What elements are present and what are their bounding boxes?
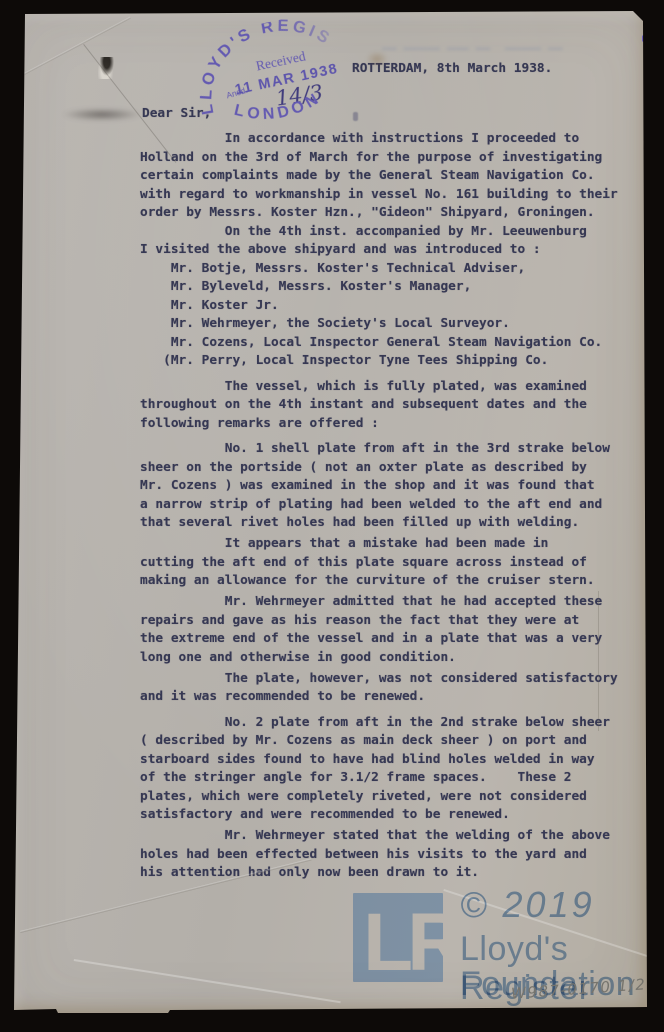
paragraph: It appears that a mistake had been made … bbox=[140, 535, 632, 591]
paper: –– ––––– ––– –– ––––– –– LLOYD'S REGIS bbox=[14, 11, 648, 1014]
ghost-text: –– ––––– ––– –– ––––– –– bbox=[382, 41, 622, 55]
body-line: Mr. Wehrmeyer, the Society's Local Surve… bbox=[140, 315, 632, 334]
body-line: a narrow strip of plating had been welde… bbox=[140, 496, 632, 515]
crease-line bbox=[74, 959, 341, 1003]
body-line: satisfactory and were recommended to be … bbox=[140, 806, 632, 825]
body-line: (Mr. Perry, Local Inspector Tyne Tees Sh… bbox=[140, 352, 632, 371]
body-line: order by Messrs. Koster Hzn., "Gideon" S… bbox=[140, 204, 632, 223]
paragraph: The vessel, which is fully plated, was e… bbox=[140, 378, 632, 434]
crease-line bbox=[24, 17, 131, 75]
body-line: long one and otherwise in good condition… bbox=[140, 649, 632, 668]
salutation: Dear Sir, bbox=[142, 106, 211, 121]
paragraph: On the 4th inst. accompanied by Mr. Leeu… bbox=[140, 223, 632, 260]
body-line: repairs and gave as his reason the fact … bbox=[140, 612, 632, 631]
body-line: ( described by Mr. Cozens as main deck s… bbox=[140, 732, 632, 751]
lr-logo: LR bbox=[353, 893, 443, 982]
body-line: that several rivet holes had been filled… bbox=[140, 514, 632, 533]
paragraph: Mr. Botje, Messrs. Koster's Technical Ad… bbox=[140, 260, 632, 371]
body-line: holes had been effected between his visi… bbox=[140, 846, 632, 865]
paper-tear-artifact bbox=[98, 57, 114, 79]
paragraph: Mr. Wehrmeyer admitted that he had accep… bbox=[140, 593, 632, 667]
body-line: sheer on the portside ( not an oxter pla… bbox=[140, 459, 632, 478]
body-line: following remarks are offered : bbox=[140, 415, 632, 434]
body-line: Holland on the 3rd of March for the purp… bbox=[140, 149, 632, 168]
body-line: The vessel, which is fully plated, was e… bbox=[140, 378, 632, 397]
body-line: starboard sides found to have had blind … bbox=[140, 751, 632, 770]
lr-logo-letters: LR bbox=[353, 893, 443, 982]
body-line: It appears that a mistake had been made … bbox=[140, 535, 632, 554]
body-line: throughout on the 4th instant and subseq… bbox=[140, 396, 632, 415]
body-line: Mr. Byleveld, Messrs. Koster's Manager, bbox=[140, 278, 632, 297]
stamp-graphic: LLOYD'S REGIS Received Ansd. 11 MAR 1938… bbox=[184, 4, 376, 149]
body-line: Mr. Koster Jr. bbox=[140, 297, 632, 316]
body-line: No. 1 shell plate from aft in the 3rd st… bbox=[140, 440, 632, 459]
body-line: Mr. Wehrmeyer stated that the welding of… bbox=[140, 827, 632, 846]
body-line: On the 4th inst. accompanied by Mr. Leeu… bbox=[140, 223, 632, 242]
paragraph: Mr. Wehrmeyer stated that the welding of… bbox=[140, 827, 632, 883]
paragraph: No. 1 shell plate from aft in the 3rd st… bbox=[140, 440, 632, 533]
body-line: In accordance with instructions I procee… bbox=[140, 130, 632, 149]
body-line: making an allowance for the curviture of… bbox=[140, 572, 632, 591]
ink-smudge-artifact bbox=[62, 108, 142, 121]
body-line: Mr. Cozens, Local Inspector General Stea… bbox=[140, 334, 632, 353]
body-line: No. 2 plate from aft in the 2nd strake b… bbox=[140, 714, 632, 733]
paragraph: The plate, however, was not considered s… bbox=[140, 670, 632, 707]
body-line: I visited the above shipyard and was int… bbox=[140, 241, 632, 260]
body-line: plates, which were completely riveted, w… bbox=[140, 788, 632, 807]
typewritten-body: In accordance with instructions I procee… bbox=[140, 130, 632, 883]
body-line: the extreme end of the vessel and in a p… bbox=[140, 630, 632, 649]
body-line: of the stringer angle for 3.1/2 frame sp… bbox=[140, 769, 632, 788]
body-line: his attention had only now been drawn to… bbox=[140, 864, 632, 883]
body-line: cutting the aft end of this plate square… bbox=[140, 554, 632, 573]
body-line: Mr. Wehrmeyer admitted that he had accep… bbox=[140, 593, 632, 612]
body-line: Mr. Botje, Messrs. Koster's Technical Ad… bbox=[140, 260, 632, 279]
body-line: and it was recommended to be renewed. bbox=[140, 688, 632, 707]
paragraph: No. 2 plate from aft in the 2nd strake b… bbox=[140, 714, 632, 825]
received-stamp: LLOYD'S REGIS Received Ansd. 11 MAR 1938… bbox=[184, 4, 376, 149]
copyright-watermark: © 2019 bbox=[460, 884, 595, 926]
lr-logo-text: LR bbox=[363, 897, 443, 982]
body-line: Mr. Cozens ) was examined in the shop an… bbox=[140, 477, 632, 496]
scanned-letter-photo: –– ––––– ––– –– ––––– –– LLOYD'S REGIS bbox=[0, 0, 664, 1032]
body-line: The plate, however, was not considered s… bbox=[140, 670, 632, 689]
paragraph: In accordance with instructions I procee… bbox=[140, 130, 632, 223]
body-line: with regard to workmanship in vessel No.… bbox=[140, 186, 632, 205]
body-line: certain complaints made by the General S… bbox=[140, 167, 632, 186]
stamp-ink-dot-artifact bbox=[642, 35, 646, 42]
dateline: ROTTERDAM, 8th March 1938. bbox=[352, 61, 552, 76]
